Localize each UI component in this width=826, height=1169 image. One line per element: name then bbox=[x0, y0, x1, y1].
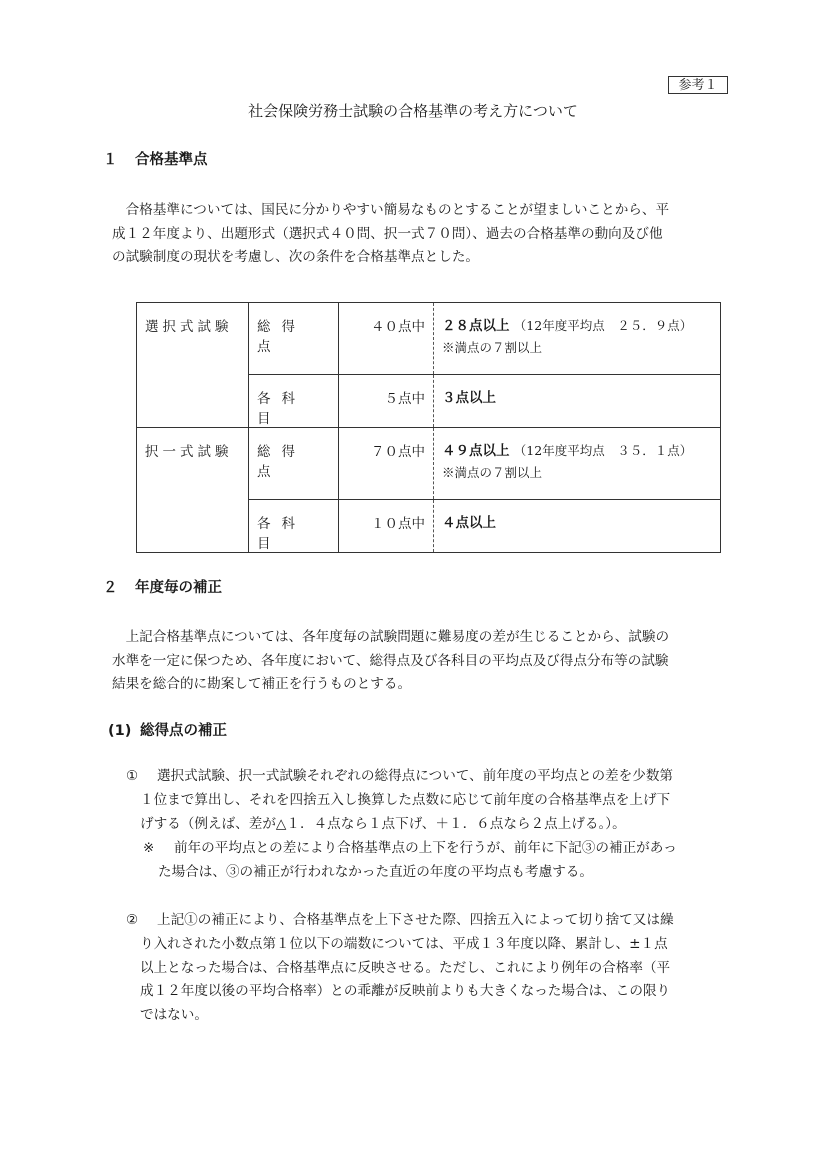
condition-cell: ３点以上 bbox=[434, 375, 721, 428]
ratio-note: ※満点の７割以上 bbox=[442, 340, 542, 355]
item2-marker: ② bbox=[126, 909, 138, 933]
paragraph-line: り入れされた小数点第１位以下の端数については、平成１３年度以降、累計し、±１点 bbox=[140, 933, 670, 957]
item2-first-line: 上記①の補正により、合格基準点を上下させた際、四捨五入によって切り捨て又は繰 bbox=[157, 909, 674, 933]
paragraph-line: 水準を一定に保つため、各年度において、総得点及び各科目の平均点及び得点分布等の試… bbox=[112, 650, 669, 674]
exam-type-cell: 選択式試験 bbox=[137, 303, 249, 428]
exam-type-cell: 択一式試験 bbox=[137, 428, 249, 553]
item2-body: り入れされた小数点第１位以下の端数については、平成１３年度以降、累計し、±１点 … bbox=[140, 933, 670, 1027]
ratio-note: ※満点の７割以上 bbox=[442, 465, 542, 480]
section1-number: １ bbox=[103, 150, 135, 170]
item-cell: 各科目 bbox=[249, 500, 339, 553]
section1-heading: １合格基準点 bbox=[103, 150, 208, 170]
paragraph-line: 合格基準については、国民に分かりやすい簡易なものとすることが望ましいことから、平 bbox=[112, 199, 669, 223]
item-cell: 総得点 bbox=[249, 428, 339, 500]
average-note: （12年度平均点 ３５．１点） bbox=[514, 443, 692, 458]
average-note: （12年度平均点 ２５．９点） bbox=[514, 318, 692, 333]
condition-value: ２８点以上 bbox=[442, 318, 510, 334]
paragraph-line: 結果を総合的に勘案して補正を行うものとする。 bbox=[112, 673, 669, 697]
condition-value: ３点以上 bbox=[442, 390, 496, 406]
paragraph-line: 上記合格基準点については、各年度毎の試験問題に難易度の差が生じることから、試験の bbox=[112, 626, 669, 650]
section2-heading: ２年度毎の補正 bbox=[103, 578, 222, 598]
item1-first-line: 選択式試験、択一式試験それぞれの総得点について、前年度の平均点との差を少数第 bbox=[157, 765, 673, 789]
section1-title: 合格基準点 bbox=[135, 152, 208, 168]
condition-value: ４点以上 bbox=[442, 515, 496, 531]
paragraph-line: 成１２年度より、出題形式（選択式４０問、択一式７０問）、過去の合格基準の動向及び… bbox=[112, 223, 669, 247]
passing-criteria-table: 選択式試験 総得点 ４０点中 ２８点以上 （12年度平均点 ２５．９点） ※満点… bbox=[136, 302, 721, 553]
table-row: 選択式試験 総得点 ４０点中 ２８点以上 （12年度平均点 ２５．９点） ※満点… bbox=[137, 303, 721, 375]
max-score-cell: ５点中 bbox=[339, 375, 434, 428]
item-cell: 各科目 bbox=[249, 375, 339, 428]
subsection1-heading: (1)総得点の補正 bbox=[108, 721, 227, 741]
subsection1-number: (1) bbox=[108, 721, 140, 741]
table-row: 択一式試験 総得点 ７０点中 ４９点以上 （12年度平均点 ３５．１点） ※満点… bbox=[137, 428, 721, 500]
paragraph-line: の試験制度の現状を考慮し、次の条件を合格基準点とした。 bbox=[112, 246, 669, 270]
subsection1-title: 総得点の補正 bbox=[140, 723, 227, 739]
item1-marker: ① bbox=[126, 765, 138, 789]
section2-paragraph: 上記合格基準点については、各年度毎の試験問題に難易度の差が生じることから、試験の… bbox=[112, 626, 669, 697]
item-cell: 総得点 bbox=[249, 303, 339, 375]
condition-cell: ４９点以上 （12年度平均点 ３５．１点） ※満点の７割以上 bbox=[434, 428, 721, 500]
reference-label: 参考１ bbox=[668, 76, 728, 94]
paragraph-line: ではない。 bbox=[140, 1004, 670, 1028]
paragraph-line: 成１２年度以後の平均合格率）との乖離が反映前よりも大きくなった場合は、この限り bbox=[140, 980, 670, 1004]
paragraph-line: げする（例えば、差が△１．４点なら１点下げ、＋１．６点なら２点上げる。）。 bbox=[140, 813, 670, 837]
document-title: 社会保険労務士試験の合格基準の考え方について bbox=[0, 101, 826, 121]
item1-note-marker: ※ bbox=[143, 837, 154, 861]
condition-cell: ４点以上 bbox=[434, 500, 721, 553]
paragraph-line: 以上となった場合は、合格基準点に反映させる。ただし、これにより例年の合格率（平 bbox=[140, 957, 670, 981]
paragraph-line: １位まで算出し、それを四捨五入し換算した点数に応じて前年度の合格基準点を上げ下 bbox=[140, 789, 670, 813]
max-score-cell: ７０点中 bbox=[339, 428, 434, 500]
condition-value: ４９点以上 bbox=[442, 443, 510, 459]
section1-paragraph: 合格基準については、国民に分かりやすい簡易なものとすることが望ましいことから、平… bbox=[112, 199, 669, 270]
max-score-cell: ４０点中 bbox=[339, 303, 434, 375]
condition-cell: ２８点以上 （12年度平均点 ２５．９点） ※満点の７割以上 bbox=[434, 303, 721, 375]
max-score-cell: １０点中 bbox=[339, 500, 434, 553]
item1-note-second-line: た場合は、③の補正が行われなかった直近の年度の平均点も考慮する。 bbox=[158, 861, 593, 885]
item1-body: １位まで算出し、それを四捨五入し換算した点数に応じて前年度の合格基準点を上げ下 … bbox=[140, 789, 670, 836]
section2-number: ２ bbox=[103, 578, 135, 598]
section2-title: 年度毎の補正 bbox=[135, 580, 222, 596]
item1-note-first-line: 前年の平均点との差により合格基準点の上下を行うが、前年に下記③の補正があっ bbox=[174, 837, 677, 861]
